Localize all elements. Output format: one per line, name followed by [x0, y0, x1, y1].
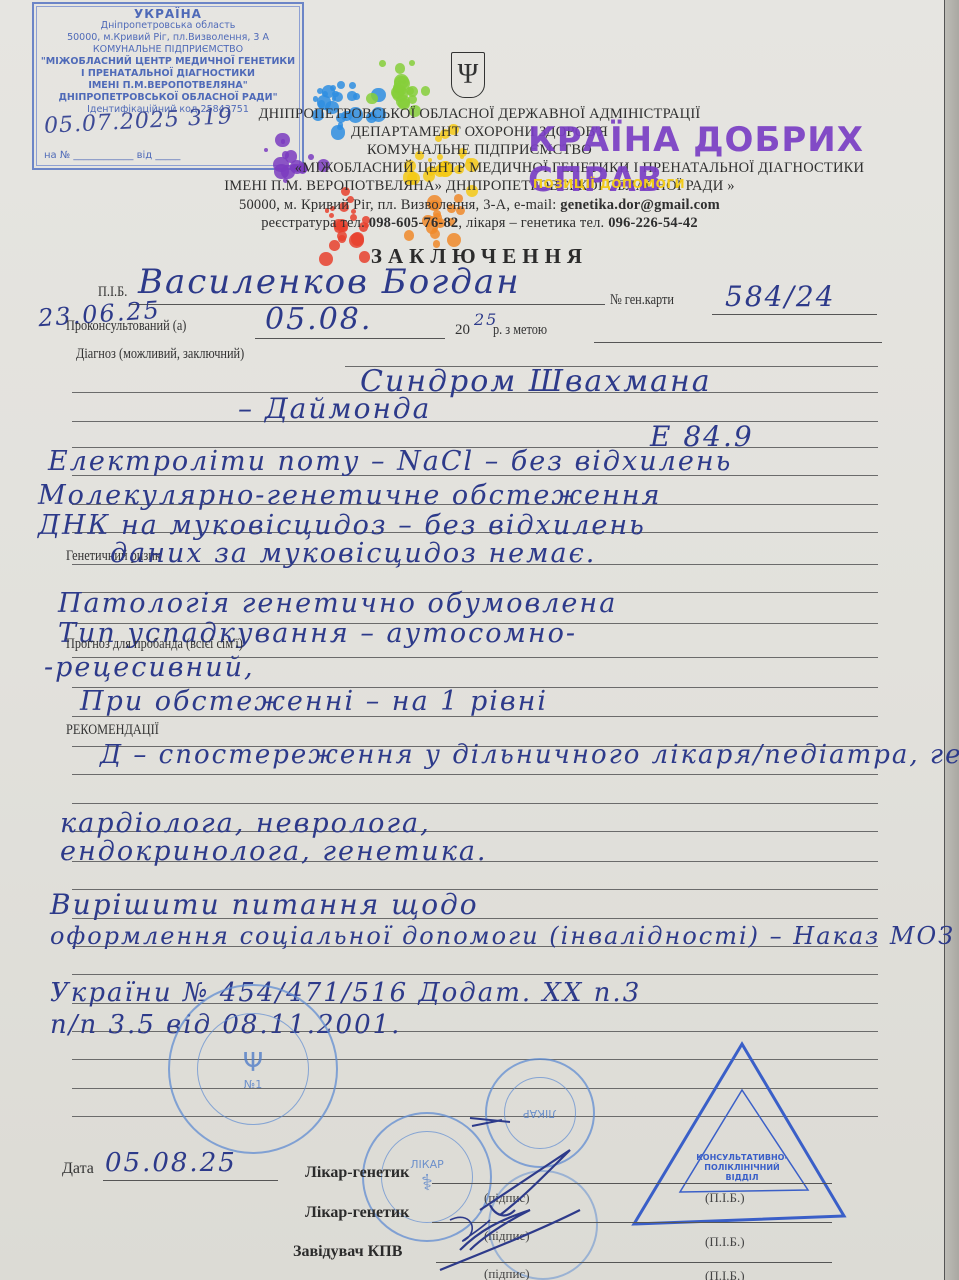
genetic-risk-line: Патологія генетично обумовлена [58, 588, 617, 619]
recommendations-label: РЕКОМЕНДАЦІЇ [66, 722, 159, 739]
diagnosis-line: – Даймонда [238, 392, 431, 425]
letterhead-phones: реєстратура тел. 098-605-76-82, лікаря –… [0, 215, 959, 232]
recommendation-line: Д – спостереження у дільничного лікаря/п… [100, 740, 959, 770]
signer-role: Лікар-генетик [305, 1204, 409, 1222]
coat-of-arms-icon: Ψ [451, 52, 485, 98]
stamp-region: Дніпропетровська область [34, 20, 302, 32]
card-number-label: № ген.карти [610, 292, 674, 309]
recommendation-line: України № 454/471/516 Додат. ХХ п.3 [50, 978, 641, 1008]
card-number: 584/24 [725, 280, 836, 313]
recommendation-line: кардіолога, невролога, [60, 808, 431, 839]
prognosis-label: Прогноз для пробанда (всієї сім'ї) [66, 636, 243, 653]
findings-line: Молекулярно-генетичне обстеження [38, 480, 661, 511]
purpose-label: р. з метою [493, 322, 547, 339]
stamp-org-name: "МІЖОБЛАСНИЙ ЦЕНТР МЕДИЧНОЇ ГЕНЕТИКИ [34, 56, 302, 68]
footer-date: 05.08.25 [105, 1148, 237, 1178]
doctor-phone: 096-226-54-42 [608, 215, 698, 231]
recommendation-line: ендокринолога, генетика. [60, 836, 488, 867]
year-prefix: 20 [455, 322, 470, 339]
recommendation-line: оформлення соціальної допомоги (інвалідн… [50, 922, 955, 950]
signer-role: Лікар-генетик [305, 1164, 409, 1182]
findings-line: Електроліти поту – NaCl – без відхилень [48, 446, 732, 477]
date-label: Дата [62, 1160, 94, 1178]
stamp-country: УКРАЇНА [34, 8, 302, 20]
signatures [420, 1110, 600, 1280]
svg-text:ВІДДІЛ: ВІДДІЛ [726, 1173, 759, 1182]
consulted-date: 05.08. [265, 302, 372, 337]
watermark-subtitle: ПОЗИЦІЇ ДОПОМОГИ [533, 177, 685, 191]
findings-line: ДНК на муковісцидоз – без відхилень [38, 510, 646, 541]
svg-text:КОНСУЛЬТАТИВНО-: КОНСУЛЬТАТИВНО- [696, 1153, 788, 1162]
name-caption: (П.І.Б.) [705, 1190, 745, 1206]
diagnosis-label: Діагноз (можливий, заключний) [76, 346, 244, 363]
trident-icon: Ψ [243, 1048, 263, 1078]
stamp-org-name: ІМЕНІ П.М.ВЕРОПОТВЕЛЯНА" [34, 80, 302, 92]
prognosis-line: При обстеженні – на 1 рівні [80, 686, 548, 717]
name-caption: (П.І.Б.) [705, 1268, 745, 1280]
institution-round-stamp: Ψ №1 [168, 984, 338, 1154]
findings-line: даних за муковісцидоз немає. [110, 538, 596, 569]
patient-name: Василенков Богдан [138, 262, 521, 302]
stamp-org-type: КОМУНАЛЬНЕ ПІДПРИЄМСТВО [34, 44, 302, 56]
stamp-org-name: ДНІПРОПЕТРОВСЬКОЇ ОБЛАСНОЇ РАДИ" [34, 92, 302, 104]
registry-phone: 098-605-76-82 [369, 215, 459, 231]
svg-text:ПОЛІКЛІНІЧНИЙ: ПОЛІКЛІНІЧНИЙ [704, 1161, 780, 1172]
name-caption: (П.І.Б.) [705, 1234, 745, 1250]
recommendation-line: Вирішити питання щодо [50, 888, 479, 921]
genetic-risk-line: -рецесивний, [44, 652, 255, 683]
stamp-org-name: І ПРЕНАТАЛЬНОЇ ДІАГНОСТИКИ [34, 68, 302, 80]
signer-role: Завідувач КПВ [293, 1243, 402, 1261]
consulted-label: Проконсультований (а) [66, 318, 186, 335]
stamp-address: 50000, м.Кривий Ріг, пл.Визволення, 3 А [34, 32, 302, 44]
